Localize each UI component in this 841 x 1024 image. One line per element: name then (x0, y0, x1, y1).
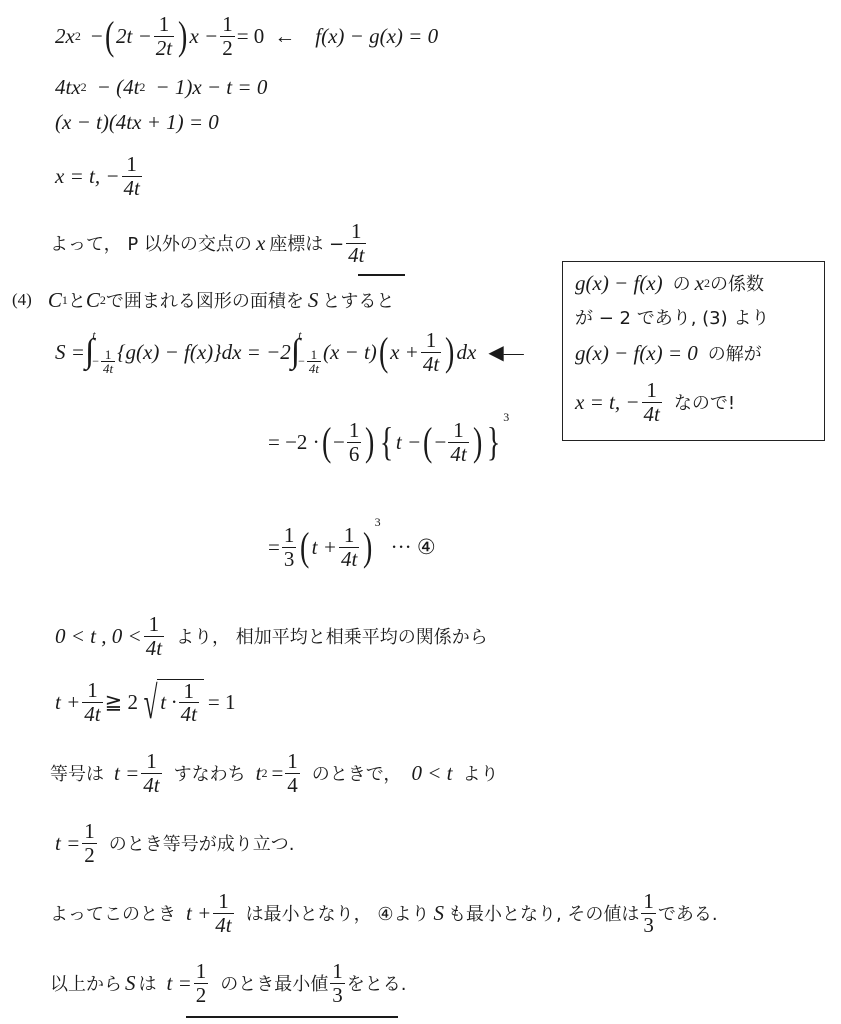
sqrt: √ t · 14t (138, 676, 204, 729)
integrand-1: {g(x) − f(x)}dx = −2 (117, 340, 291, 365)
fraction: 14t (642, 379, 662, 424)
conclusion-part3: よって， P 以外の交点の x 座標は − 14t (50, 215, 368, 271)
left-arrow-icon: ◀— (488, 340, 523, 365)
close-paren: ) (473, 422, 482, 462)
callout-expr: g(x) − f(x) = 0 (575, 341, 698, 366)
fraction: 16 (347, 419, 362, 464)
fraction: 14t (339, 524, 359, 569)
minus: − (91, 24, 103, 49)
exponent: 2 (75, 29, 81, 44)
eq2-a: 4tx (55, 75, 81, 100)
holds-a: t = (55, 831, 80, 856)
minus: − (92, 354, 99, 369)
callout-line-2: が − 2 であり, (3) より (575, 302, 769, 332)
minus: − (434, 430, 446, 455)
minus: − (298, 354, 305, 369)
min-text: も最小となり, その値は (448, 900, 639, 926)
equality-condition: 等号は t = 14t すなわち t2 = 14 のときで， 0 < t より (50, 745, 498, 801)
radical-icon: √ (144, 676, 158, 729)
cond-text: より， 相加平均と相乗平均の関係から (176, 623, 488, 649)
amgm-condition: 0 < t , 0 < 14t より， 相加平均と相乗平均の関係から (55, 608, 488, 664)
open-paren: ( (300, 527, 309, 567)
var-s: S (433, 901, 444, 926)
exponent: 2 (139, 80, 145, 95)
exponent: 2 (261, 766, 267, 781)
eq4: x = t, − (55, 164, 120, 189)
eq1-tail: x − (189, 24, 218, 49)
eq-b: t = (114, 761, 139, 786)
fraction: 14t (122, 153, 142, 198)
equation-line-1: 2x2 − ( 2t − 12t ) x − 12 = 0 ← f(x) − g… (55, 8, 438, 64)
var-x: x (695, 271, 704, 296)
close-paren: ) (178, 16, 187, 56)
eq2-c: − 1)x − t = 0 (155, 75, 267, 100)
close-paren: ) (445, 332, 454, 372)
var-s: S (125, 971, 136, 996)
fraction: 12 (220, 13, 235, 58)
fraction: 14t (82, 679, 102, 724)
callout-text: なので! (674, 389, 735, 415)
step2-a: = −2 · (268, 430, 320, 455)
fraction: 12 (194, 960, 209, 1005)
dx: dx (457, 340, 477, 365)
equation-line-2: 4tx2 − (4t2 − 1)x − t = 0 (55, 72, 267, 102)
fraction: 14 (285, 750, 300, 795)
integral: ∫ t −14t (85, 328, 117, 376)
part4-intro: (4) C1 と C2 で囲まれる図形の面積を S とすると (12, 285, 394, 315)
s-equals: S = (55, 340, 85, 365)
geq: ≧ 2 (105, 690, 138, 715)
exponent: 2 (81, 80, 87, 95)
equals: = (271, 761, 283, 786)
step3-b: t + (312, 535, 337, 560)
amgm-inequality: t + 14t ≧ 2 √ t · 14t = 1 (55, 672, 236, 732)
callout-line-1: g(x) − f(x) の x2 の係数 (575, 268, 764, 298)
curve-c2: C (86, 288, 100, 313)
integral-line: S = ∫ t −14t {g(x) − f(x)}dx = −2 ∫ t −1… (55, 322, 524, 382)
eq-text: すなわち (174, 760, 246, 786)
upper-limit: t (298, 328, 323, 343)
eq-text: のときで， (312, 760, 402, 786)
callout-expr: x = t, − (575, 390, 640, 415)
exponent: 3 (503, 410, 509, 425)
integrand-2: (x − t) (323, 340, 377, 365)
final-text: をとる. (347, 970, 407, 996)
holds-text: のとき等号が成り立つ. (109, 830, 295, 856)
min-text: は最小となり， ④より (246, 900, 430, 926)
cond-a: 0 < t , 0 < (55, 624, 142, 649)
part-label: (4) (12, 290, 32, 310)
fraction: 14t (346, 220, 366, 265)
callout-text: が − 2 であり, (3) より (575, 304, 769, 330)
equality-holds: t = 12 のとき等号が成り立つ. (55, 815, 295, 871)
fraction: 14t (141, 750, 161, 795)
min-text: よってこのとき (50, 900, 176, 926)
conclusion-text: よって， P 以外の交点の (50, 230, 252, 256)
open-paren: ( (423, 422, 432, 462)
open-paren: ( (322, 422, 331, 462)
answer-underline (358, 274, 405, 276)
minus: − (333, 430, 345, 455)
min-b: t + (186, 901, 211, 926)
answer-underline (186, 1016, 398, 1018)
open-paren: ( (105, 16, 114, 56)
eq1-note: f(x) − g(x) = 0 (315, 24, 438, 49)
inner: x + (390, 340, 419, 365)
callout-line-3: g(x) − f(x) = 0 の解が (575, 338, 762, 368)
var-x: x (256, 231, 265, 256)
close-brace: } (487, 422, 500, 462)
fraction: 14t (421, 329, 441, 374)
ineq-a: t + (55, 690, 80, 715)
equals-zero: = 0 (237, 24, 265, 49)
callout-line-4: x = t, − 14t なので! (575, 374, 735, 430)
close-paren: ) (363, 527, 372, 567)
eq-text: 等号は (50, 760, 104, 786)
eq1-term: 2x (55, 24, 75, 49)
fraction: 14t (213, 890, 233, 935)
integral-step-2: = −2 · ( − 16 ) { t − ( − 14t ) } 3 (268, 410, 509, 474)
callout-box: g(x) − f(x) の x2 の係数 が − 2 であり, (3) より g… (562, 261, 825, 441)
integral: ∫ t −14t (291, 328, 323, 376)
curve-c1: C (48, 288, 62, 313)
equation-line-4: x = t, − 14t (55, 148, 144, 204)
eq-text: より (462, 760, 498, 786)
fraction: 13 (641, 890, 656, 935)
fraction: 13 (282, 524, 297, 569)
open-brace: { (380, 422, 393, 462)
eq2-b: − (4t (97, 75, 140, 100)
left-arrow-icon: ← (274, 24, 295, 49)
conclusion-text-2: 座標は − (269, 230, 344, 256)
fraction: 13 (330, 960, 345, 1005)
fraction: 14t (144, 613, 164, 658)
var-s: S (308, 288, 319, 313)
fraction: 14t (448, 419, 468, 464)
equation-line-3: (x − t)(4tx + 1) = 0 (55, 107, 219, 137)
fraction: 14t (179, 680, 199, 725)
final-answer: 以上から S は t = 12 のとき最小値 13 をとる. (50, 955, 407, 1011)
eq1-inner: 2t − (116, 24, 152, 49)
close-paren: ) (365, 422, 374, 462)
equation-ref-4: ··· ④ (391, 535, 436, 560)
step2-b: t − (396, 430, 421, 455)
callout-text: の解が (708, 340, 762, 366)
callout-expr: g(x) − f(x) (575, 271, 663, 296)
eq3: (x − t)(4tx + 1) = 0 (55, 110, 219, 135)
intro-tail: とすると (322, 287, 394, 313)
rad-a: t · (160, 690, 176, 715)
open-paren: ( (379, 332, 388, 372)
ineq-b: = 1 (208, 690, 236, 715)
fraction: 12 (82, 820, 97, 865)
fraction: 12t (154, 13, 174, 58)
callout-text: の係数 (710, 270, 764, 296)
final-text: 以上から (50, 970, 122, 996)
min-text: である. (658, 900, 718, 926)
upper-limit: t (92, 328, 117, 343)
and-text: と (68, 287, 86, 313)
integral-step-3: = 13 ( t + 14t ) 3 ··· ④ (268, 515, 436, 579)
callout-text: の (673, 270, 691, 296)
final-text: のとき最小値 (220, 970, 328, 996)
exponent: 3 (375, 515, 381, 530)
minimum-statement: よってこのとき t + 14t は最小となり， ④より S も最小となり, その… (50, 885, 718, 941)
final-text: は (139, 970, 157, 996)
eq-g: 0 < t (411, 761, 452, 786)
final-c: t = (167, 971, 192, 996)
equals: = (268, 535, 280, 560)
intro-text: で囲まれる図形の面積を (106, 287, 304, 313)
